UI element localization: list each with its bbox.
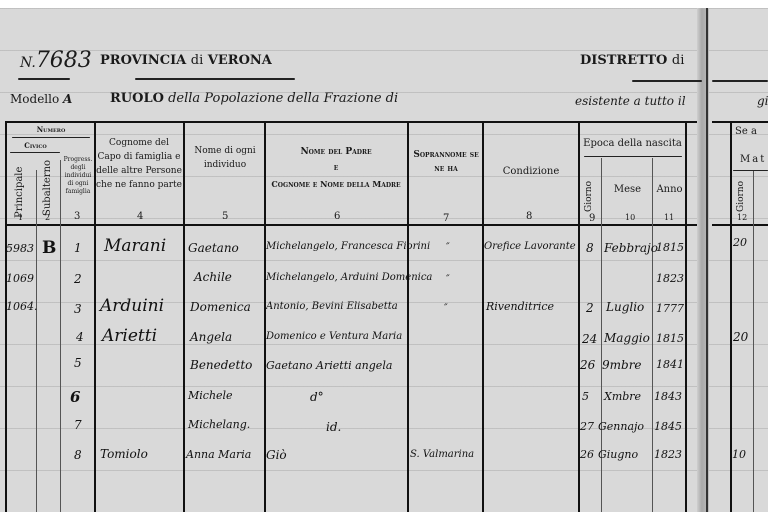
cell-subalterno: B xyxy=(42,238,56,258)
header-right-mat: Mat xyxy=(740,154,768,166)
cell-genitori: Domenico e Ventura Maria xyxy=(266,331,402,342)
cell-mese: Maggio xyxy=(604,331,650,345)
cell-nome: Michele xyxy=(188,389,233,402)
cell-nome: Domenica xyxy=(190,300,251,314)
cell-genitori: id. xyxy=(326,420,341,434)
cell-cognome: Tomiolo xyxy=(100,447,148,461)
cell-progressivo: 8 xyxy=(74,448,82,462)
cell-mese: Gennajo xyxy=(598,420,644,433)
col-line xyxy=(407,121,409,512)
number-underline xyxy=(18,78,70,80)
cell-giorno: 24 xyxy=(582,332,597,346)
epoca-brace xyxy=(584,156,682,157)
cell-giorno: 5 xyxy=(582,390,589,403)
cell-progressivo: 3 xyxy=(74,302,82,316)
header-nome: Nome di ogni individuo xyxy=(186,144,264,172)
col-number: 1 xyxy=(18,213,23,222)
right-page-fragment: gi xyxy=(757,94,768,108)
cell-cognome: Arietti xyxy=(102,326,157,346)
cell-soprannome: ″ xyxy=(446,242,450,253)
cell-progressivo: 1 xyxy=(74,241,82,255)
cell-genitori: Giò xyxy=(266,448,287,462)
col-line xyxy=(183,121,185,512)
provincia-swash xyxy=(135,78,295,80)
header-soprannome: Soprannome se ne ha xyxy=(410,148,482,176)
header-madre: Cognome e Nome della Madre xyxy=(266,178,406,190)
cell-mese: Febbrajo xyxy=(604,241,658,255)
cell-anno: 1841 xyxy=(656,358,684,371)
cell-anno: 1777 xyxy=(656,302,684,315)
col-number: 6 xyxy=(334,211,340,222)
header-anno: Anno xyxy=(654,184,685,196)
col-number: 8 xyxy=(526,211,532,222)
col-number: 5 xyxy=(222,211,228,222)
distretto-title: DISTRETTO di xyxy=(580,53,684,68)
cell-nome: Angela xyxy=(190,330,232,344)
col-number: 10 xyxy=(625,213,635,222)
col-line xyxy=(482,121,484,512)
header-right-se: Se a xyxy=(735,126,768,138)
cell-condizione: Rivenditrice xyxy=(486,300,554,313)
header-padre: Nome del Padre xyxy=(266,146,406,158)
header-civico: Civico xyxy=(8,140,63,152)
cell-nome: Anna Maria xyxy=(186,448,251,461)
col-line xyxy=(60,160,61,512)
col-line xyxy=(685,121,687,512)
col-number: 12 xyxy=(737,213,747,222)
cell-giorno: 27 xyxy=(580,420,594,433)
right-table-top-border xyxy=(712,121,768,123)
cell-principale: 1069 xyxy=(6,272,34,285)
cell-progressivo: 4 xyxy=(76,330,84,344)
register-number-value: 7683 xyxy=(36,48,92,73)
col-line xyxy=(36,170,37,512)
header-subalterno: Subalterno xyxy=(42,160,53,216)
cell-genitori: Michelangelo, Francesca Fiorini xyxy=(266,241,430,252)
table-top-border xyxy=(5,121,697,123)
header-principale: Principale xyxy=(14,166,25,218)
cell-principale: 1064. xyxy=(6,300,38,313)
cell-nome: Michelang. xyxy=(188,418,250,431)
binding-line xyxy=(706,8,708,512)
cell-genitori: Michelangelo, Arduini Domenica xyxy=(266,272,432,283)
esistente-text: esistente a tutto il xyxy=(575,94,686,108)
register-number: N.7683 xyxy=(20,48,92,73)
col-number: 7 xyxy=(443,213,449,224)
cell-progressivo: 7 xyxy=(74,418,82,432)
cell-giorno: 26 xyxy=(580,358,595,372)
cell-soprannome: ″ xyxy=(446,274,450,285)
cell-mese: Giugno xyxy=(598,448,638,461)
cell-anno: 1823 xyxy=(654,448,682,461)
cell-anno: 1843 xyxy=(654,390,682,403)
col-number: 9 xyxy=(589,213,595,224)
cell-giorno: 8 xyxy=(586,241,594,255)
civico-brace xyxy=(10,152,60,153)
modello-label: Modello A xyxy=(10,92,72,106)
header-giorno: Giorno xyxy=(584,178,594,212)
cell-nome: Gaetano xyxy=(188,241,239,255)
col-line xyxy=(753,170,754,512)
cell-anno: 1815 xyxy=(656,241,684,254)
col-number: 11 xyxy=(664,213,674,222)
header-right-giorno: Giorno xyxy=(736,178,746,212)
cell-soprannome: S. Valmarina xyxy=(410,449,474,460)
cell-nome: Benedetto xyxy=(190,358,252,372)
provincia-title: PROVINCIA di VERONA xyxy=(100,53,272,68)
cell-mese: 9mbre xyxy=(602,358,642,372)
distretto-swash xyxy=(632,80,702,82)
header-progressivo: Progress. degli individui di ogni famigl… xyxy=(62,156,94,196)
cell-progressivo: 5 xyxy=(74,356,82,370)
cell-principale: 5983 xyxy=(6,242,34,255)
cell-right-giorno: 10 xyxy=(732,448,746,461)
cell-progressivo: 2 xyxy=(74,272,82,286)
header-e: e xyxy=(266,162,406,174)
cell-nome: Achile xyxy=(194,270,232,284)
ruolo-title: RUOLO della Popolazione della Frazione d… xyxy=(110,91,398,106)
header-bottom-border xyxy=(5,224,697,226)
cell-cognome: Marani xyxy=(104,236,166,256)
cell-mese: Xmbre xyxy=(604,390,641,403)
header-numero: Numero xyxy=(8,124,94,136)
right-page-swash xyxy=(712,80,768,82)
header-mese: Mese xyxy=(603,184,652,196)
cell-soprannome: ″ xyxy=(444,303,448,314)
col-number: 4 xyxy=(137,211,143,222)
cell-anno: 1845 xyxy=(654,420,682,433)
cell-giorno: 2 xyxy=(586,301,594,315)
col-number: 2 xyxy=(45,213,50,222)
cell-genitori: Antonio, Bevini Elisabetta xyxy=(266,301,398,312)
cell-condizione: Orefice Lavorante xyxy=(484,241,576,252)
cell-anno: 1823 xyxy=(656,272,684,285)
cell-cognome: Arduini xyxy=(100,296,164,316)
header-epoca: Epoca della nascita xyxy=(580,138,685,150)
cell-progressivo: 6 xyxy=(70,388,80,406)
cell-anno: 1815 xyxy=(656,332,684,345)
col-number: 3 xyxy=(74,211,80,222)
header-cognome: Cognome del Capo di famiglia e delle alt… xyxy=(96,136,182,192)
col-line xyxy=(5,121,7,512)
cell-genitori: Gaetano Arietti angela xyxy=(266,359,392,372)
numero-brace xyxy=(12,137,90,138)
cell-giorno: 26 xyxy=(580,448,594,461)
right-header-bottom-border xyxy=(712,224,768,226)
cell-right-giorno: 20 xyxy=(733,236,747,249)
cell-genitori: d° xyxy=(310,390,324,404)
cell-mese: Luglio xyxy=(606,300,644,314)
header-condizione: Condizione xyxy=(484,166,578,178)
col-line xyxy=(652,158,653,512)
mat-brace xyxy=(733,170,768,171)
cell-right-giorno: 20 xyxy=(733,330,748,344)
